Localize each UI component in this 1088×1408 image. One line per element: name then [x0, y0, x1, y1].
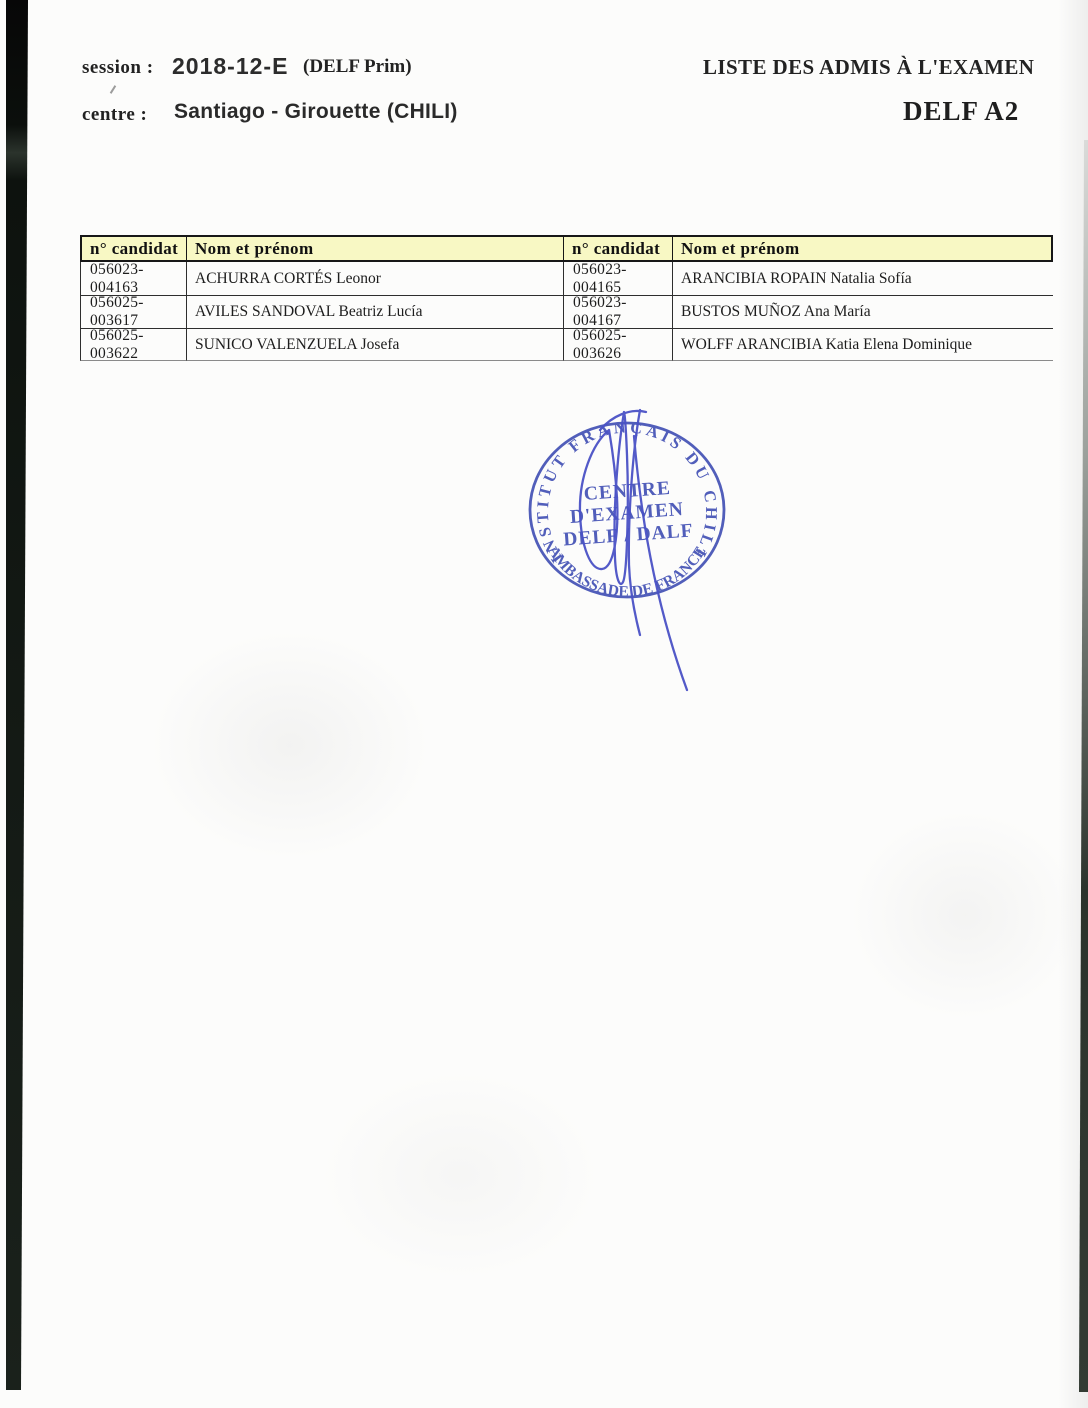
- scan-smudge: [320, 1070, 600, 1280]
- session-note: (DELF Prim): [303, 56, 412, 78]
- column-header-candidate-number: n° candidat: [563, 235, 672, 262]
- candidate-name-cell: SUNICO VALENZUELA Josefa: [186, 329, 563, 361]
- candidate-number-cell: 056025-003617: [80, 296, 186, 329]
- column-header-candidate-number: n° candidat: [80, 235, 186, 262]
- examination-centre-stamp: INSTITUT FRANÇAIS DU CHILI AMBASSADE DE …: [505, 390, 765, 710]
- candidate-number-cell: 056025-003626: [563, 329, 672, 361]
- scan-smudge: [150, 630, 430, 860]
- centre-label: centre :: [82, 104, 147, 126]
- admitted-candidates-table: n° candidat Nom et prénom n° candidat No…: [80, 235, 1053, 361]
- column-header-name: Nom et prénom: [186, 235, 563, 262]
- centre-value: Santiago - Girouette (CHILI): [174, 100, 458, 124]
- session-value: 2018-12-E: [172, 53, 288, 80]
- page-title: LISTE DES ADMIS À L'EXAMEN: [703, 55, 1034, 80]
- candidate-name-cell: BUSTOS MUÑOZ Ana María: [672, 296, 1053, 329]
- scan-smudge: [850, 810, 1080, 1020]
- candidate-name-cell: AVILES SANDOVAL Beatriz Lucía: [186, 296, 563, 329]
- scanned-document-page: session : 2018-12-E (DELF Prim) centre :…: [0, 0, 1088, 1408]
- candidate-number-cell: 056023-004163: [80, 262, 186, 296]
- candidate-name-cell: ACHURRA CORTÉS Leonor: [186, 262, 563, 296]
- diploma-level: DELF A2: [903, 96, 1019, 127]
- candidate-number-cell: 056023-004167: [563, 296, 672, 329]
- candidate-name-cell: ARANCIBIA ROPAIN Natalia Sofía: [672, 262, 1053, 296]
- column-header-name: Nom et prénom: [672, 235, 1053, 262]
- candidate-number-cell: 056023-004165: [563, 262, 672, 296]
- scan-edge-left: [0, 0, 30, 1390]
- session-label: session :: [82, 57, 154, 79]
- candidate-number-cell: 056025-003622: [80, 329, 186, 361]
- candidate-name-cell: WOLFF ARANCIBIA Katia Elena Dominique: [672, 329, 1053, 361]
- scan-pen-mark: [110, 85, 116, 94]
- handwritten-signature: [580, 410, 687, 690]
